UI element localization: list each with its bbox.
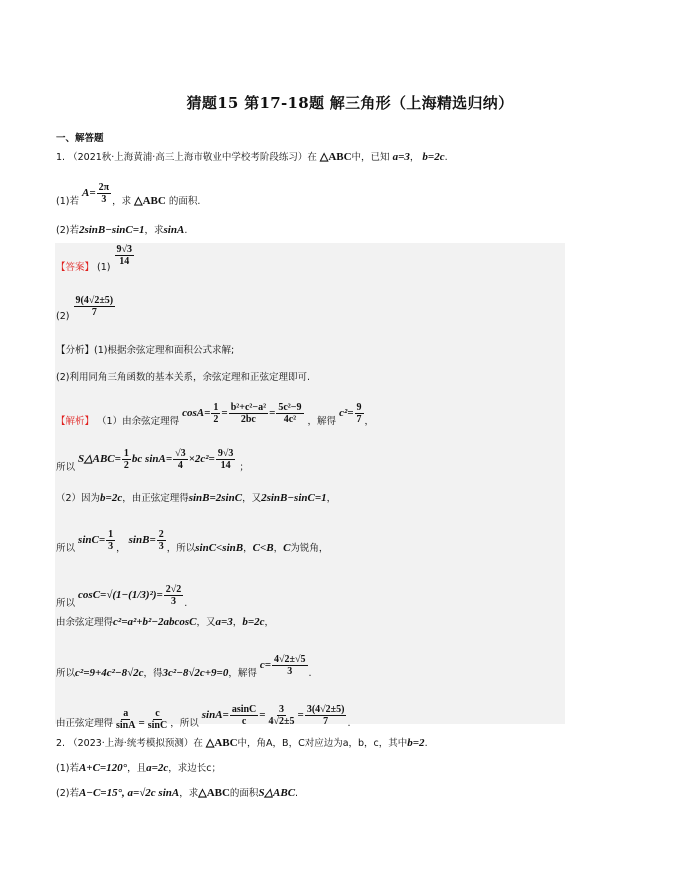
text: ，解得 [228,668,257,679]
part-label: (2) [56,311,69,322]
numerator: b²+c²−a² [229,402,268,414]
fraction: 2π3 [97,182,111,205]
problem-source: （2021秋·上海黄浦·高三上海市敬业中学校考阶段练习）在 [68,152,317,163]
numerator: 3(4√2±5) [305,704,347,716]
problem-2-part-1: (1)若A+C=120°，且a=2c，求边长c； [56,762,221,775]
denominator: 14 [117,256,131,267]
numerator: 1 [211,402,220,414]
text: 的面积. [169,196,201,207]
triangle-expr: △ABC [134,195,166,207]
fraction: 2√23 [164,584,184,607]
numerator: 9 [355,402,364,414]
text: ； [239,462,249,473]
math-expr: 2sinB−sinC=1 [261,492,327,504]
denominator: 4 [176,460,185,471]
page-title: 猜题15 第17-18题 解三角形（上海精选归纳） [0,92,700,113]
fraction: √34 [173,448,188,471]
text: . [184,598,187,609]
math-expr: A+C=120° [79,762,127,774]
triangle-expr: △ABC [198,787,230,799]
math-expr: sinC= [78,534,105,546]
fraction: 9√314 [216,448,236,471]
text: . [425,738,428,749]
answer-line-2: (2) 9(4√2±5)7 [56,305,116,328]
numerator: 4√2±√5 [272,654,307,666]
math-expr: c= [260,659,271,671]
text: . [184,225,187,236]
denominator: 2 [122,460,131,471]
denominator: c [240,716,248,727]
solution-tag: 【解析】 [56,416,94,427]
text: ， [233,617,243,628]
denominator: 2bc [239,414,258,425]
denominator: 3 [99,194,108,205]
math-expr: b=2c [100,492,122,504]
math-expr: sinA= [202,709,229,721]
math-expr: c²=a²+b²−2abcosC [113,616,196,628]
denominator: 7 [355,414,364,425]
triangle-expr: △ABC [320,151,352,163]
text: ， [274,543,284,554]
numerator: 9(4√2±5) [74,295,116,307]
text: ，所以 [170,718,199,729]
text: ， [116,543,126,554]
fraction: asinA [114,708,137,731]
solution-line-8: 由正弦定理得asinA=csinC，所以 sinA=asinCc=34√2±5=… [56,712,350,735]
fraction: 4√2±√53 [272,654,307,677]
answer-tag: 【答案】 [56,262,94,273]
text: ，得 [144,668,163,679]
answer-line-1: 【答案】 (1) 9√314 [56,256,135,279]
numerator: 3 [277,704,286,716]
denominator: 4c² [282,414,298,425]
denominator: 2 [211,414,220,425]
problem-2-statement: 2. （2023·上海·统考模拟预测）在 △ABC中，角A，B，C对应边为a，b… [56,737,428,750]
denominator: 3 [106,541,115,552]
part-label: (2)若 [56,788,79,799]
numerator: 2√2 [164,584,184,596]
math-expr: c²=9+4c²−8√2c [75,667,143,679]
numerator: c [153,708,161,720]
text: ，又 [197,617,216,628]
denominator: 14 [219,460,233,471]
solution-line-7: 所以c²=9+4c²−8√2c，得3c²−8√2c+9=0，解得 c=4√2±√… [56,662,312,685]
text: (1)根据余弦定理和面积公式求解; [94,345,234,356]
math-expr: = [138,717,144,729]
math-expr: sinB= [129,534,156,546]
part-label: (2)若 [56,225,79,236]
problem-1-statement: 1. （2021秋·上海黄浦·高三上海市敬业中学校考阶段练习）在 △ABC中，已… [56,151,448,164]
math-expr: 2sinB−sinC=1 [79,224,145,236]
math-expr: sinC<sinB [195,542,243,554]
fraction: b²+c²−a²2bc [229,402,268,425]
text: ， [243,543,253,554]
fraction: 34√2±5 [267,704,297,727]
text: . [295,788,298,799]
text: （2）因为 [56,493,100,504]
math-expr: ×2c²= [189,453,215,465]
denominator: sinA [114,720,137,731]
numerator: asinC [230,704,258,716]
denominator: 7 [90,307,99,318]
text: 所以 [56,668,75,679]
text: 所以 [56,462,75,473]
solution-line-3: （2）因为b=2c，由正弦定理得sinB=2sinC，又2sinB−sinC=1… [56,492,336,505]
denominator: 3 [157,541,166,552]
text: 的面积 [230,788,259,799]
numerator: √3 [173,448,188,460]
math-expr: sinB=2sinC [189,492,242,504]
problem-1-part-2: (2)若2sinB−sinC=1，求sinA. [56,224,187,237]
denominator: 3 [285,666,294,677]
solution-line-4: 所以 sinC=13， sinB=23，所以sinC<sinB，C<B，C为锐角… [56,537,328,560]
problem-2-part-2: (2)若A−C=15°, a=√2c sinA，求△ABC的面积S△ABC. [56,787,298,800]
fraction: 9√314 [115,244,135,267]
fraction: 9(4√2±5)7 [74,295,116,318]
part-label: (1)若 [56,763,79,774]
numerator: 2 [157,529,166,541]
text: 中，已知 [352,152,390,163]
text: （1）由余弦定理得 [97,416,179,427]
fraction: 12 [122,448,131,471]
analysis-line-2: (2)利用同角三角函数的基本关系，余弦定理和正弦定理即可. [56,372,310,384]
text: ，所以 [167,543,196,554]
problem-source: （2023·上海·统考模拟预测）在 [68,738,203,749]
text: ，求 [145,225,164,236]
problem-1-part-1: (1)若 A=2π3，求 △ABC 的面积. [56,190,200,213]
analysis-line-1: 【分析】(1)根据余弦定理和面积公式求解; [56,345,234,357]
part-label: (1) [97,262,110,273]
math-expr: C<B [253,542,274,554]
triangle-expr: △ABC [206,737,238,749]
math-expr: cosA= [182,407,210,419]
text: ， [327,493,337,504]
fraction: asinCc [230,704,258,727]
analysis-tag: 【分析】 [56,345,94,356]
denominator: 7 [321,716,330,727]
text: 由余弦定理得 [56,617,113,628]
math-expr: a=2c [146,762,168,774]
math-expr: b=2c [422,151,444,163]
fraction: 12 [211,402,220,425]
math-expr: c²= [339,407,353,419]
math-expr: bc sinA= [132,453,172,465]
text: . [347,718,350,729]
problem-number: 1. [56,152,65,163]
fraction: 5c²−94c² [276,402,303,425]
fraction: 97 [355,402,364,425]
math-expr: cosC=√(1−(1/3)²)= [78,589,163,601]
numerator: 9√3 [216,448,236,460]
solution-line-5: 所以 cosC=√(1−(1/3)²)=2√23. [56,592,187,615]
denominator: 3 [169,596,178,607]
text: ，求边长c； [168,763,221,774]
fraction: 3(4√2±5)7 [305,704,347,727]
solution-line-2: 所以 S△ABC=12bc sinA=√34×2c²=9√314 ； [56,456,249,479]
math-expr: S△ABC= [78,453,121,465]
numerator: 1 [106,529,115,541]
text: . [445,152,448,163]
math-expr: 3c²−8√2c+9=0 [163,667,229,679]
denominator: 4√2±5 [267,716,297,727]
text: ，由正弦定理得 [122,493,189,504]
numerator: a [121,708,130,720]
text: 为锐角， [290,543,328,554]
text: 所以 [56,598,75,609]
math-expr: S△ABC [258,787,295,799]
fraction: csinC [146,708,169,731]
problem-number: 2. [56,738,65,749]
document-page: 猜题15 第17-18题 解三角形（上海精选归纳） 一、解答题 1. （2021… [0,0,700,877]
denominator: sinC [146,720,169,731]
text: ，解得 [308,416,337,427]
solution-line-1: 【解析】 （1）由余弦定理得 cosA=12=b²+c²−a²2bc=5c²−9… [56,410,374,433]
text: 所以 [56,543,75,554]
text: ， [264,617,274,628]
text: ，又 [242,493,261,504]
text: 由正弦定理得 [56,718,113,729]
numerator: 9√3 [115,244,135,256]
math-expr: sinA [164,224,185,236]
math-expr: b=2c [242,616,264,628]
math-expr: a=3 [216,616,233,628]
text: ，求 [112,196,131,207]
fraction: 23 [157,529,166,552]
text: ，且 [127,763,146,774]
math-expr: A= [82,187,96,199]
text: ，求 [179,788,198,799]
fraction: 13 [106,529,115,552]
numerator: 1 [122,448,131,460]
numerator: 2π [97,182,111,194]
text: ， [410,152,420,163]
text: ， [365,416,375,427]
section-heading: 一、解答题 [56,133,104,145]
numerator: 5c²−9 [276,402,303,414]
solution-line-6: 由余弦定理得c²=a²+b²−2abcosC，又a=3，b=2c， [56,616,274,629]
part-label: (1)若 [56,196,79,207]
solution-panel [55,243,565,724]
text: 中，角A，B，C对应边为a，b，c，其中 [238,738,408,749]
math-expr: a=3 [393,151,410,163]
math-expr: b=2 [407,737,424,749]
math-expr: A−C=15°, a=√2c sinA [79,787,179,799]
